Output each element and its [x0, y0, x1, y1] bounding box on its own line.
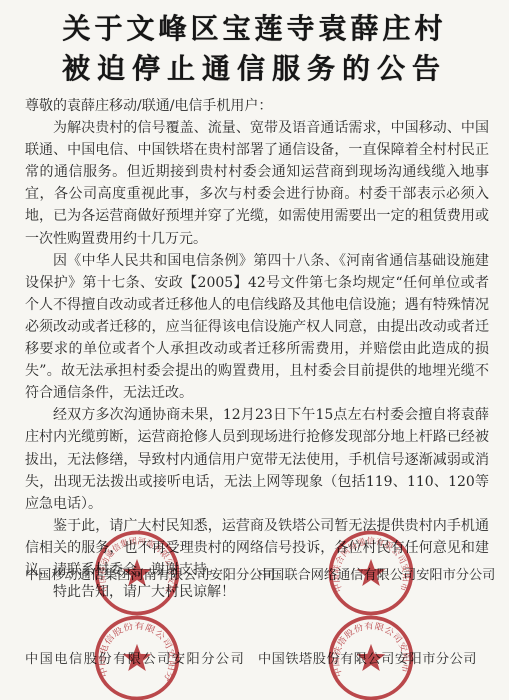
signature-area: 中国移动通信集团河南有限公司安阳分公司 中国移动通信集团河南有限公司安阳分公司 …: [0, 531, 509, 700]
notice-title-line-1: 关于文峰区宝莲寺袁薛庄村: [0, 9, 509, 49]
paragraph-3: 经双方多次沟通协商未果，12月23日下午15点左右村委会擅自将袁薛庄村内光缆剪断…: [25, 404, 489, 514]
signature-china-unicom: 中国联合网络通信有限公司安阳市分公司 中国联合网络通信有限公司安阳市分公司: [258, 531, 484, 615]
svg-text:中国联合网络通信有限公司安阳市分公司: 中国联合网络通信有限公司安阳市分公司: [327, 529, 411, 593]
signature-china-mobile: 中国移动通信集团河南有限公司安阳分公司 中国移动通信集团河南有限公司安阳分公司: [25, 531, 249, 615]
greeting-line: 尊敬的袁薛庄移动/联通/电信手机用户：: [25, 95, 489, 117]
seal-star: [357, 559, 386, 586]
red-star-seal-icon: 中国联合网络通信有限公司安阳市分公司: [327, 529, 415, 617]
signature-china-telecom: 中国电信股份有限公司安阳分公司 中国电信股份有限公司安阳分公司: [25, 615, 249, 700]
red-star-seal-icon: 中国移动通信集团河南有限公司安阳分公司: [93, 529, 181, 617]
notice-title-line-2: 被迫停止通信服务的公告: [0, 49, 509, 89]
paragraph-2: 因《中华人民共和国电信条例》第四十八条、《河南省通信基础设施建设保护》第十七条、…: [25, 250, 489, 405]
red-star-seal-icon: 中国电信股份有限公司安阳分公司: [93, 614, 181, 700]
seal-star: [123, 643, 152, 670]
seal-star: [123, 559, 152, 586]
svg-text:中国铁塔股份有限公司安阳市分公司: 中国铁塔股份有限公司安阳市分公司: [327, 614, 411, 678]
svg-text:中国移动通信集团河南有限公司安阳分公司: 中国移动通信集团河南有限公司安阳分公司: [93, 529, 177, 595]
notice-document: 关于文峰区宝莲寺袁薛庄村 被迫停止通信服务的公告 尊敬的袁薛庄移动/联通/电信手…: [0, 0, 509, 700]
notice-title: 关于文峰区宝莲寺袁薛庄村 被迫停止通信服务的公告: [0, 0, 509, 89]
seal-ring-text: 中国移动通信集团河南有限公司安阳分公司: [93, 529, 177, 595]
paragraph-1: 为解决贵村的信号覆盖、流量、宽带及语音通话需求，中国移动、中国联通、中国电信、中…: [25, 117, 489, 250]
seal-ring-text: 中国铁塔股份有限公司安阳市分公司: [327, 614, 411, 678]
seal-ring-text: 中国联合网络通信有限公司安阳市分公司: [327, 529, 411, 593]
notice-body: 尊敬的袁薛庄移动/联通/电信手机用户： 为解决贵村的信号覆盖、流量、宽带及语音通…: [25, 95, 489, 603]
signature-china-tower: 中国铁塔股份有限公司安阳市分公司 中国铁塔股份有限公司安阳市分公司: [258, 615, 484, 700]
seal-star: [357, 643, 386, 670]
red-star-seal-icon: 中国铁塔股份有限公司安阳市分公司: [327, 614, 415, 700]
